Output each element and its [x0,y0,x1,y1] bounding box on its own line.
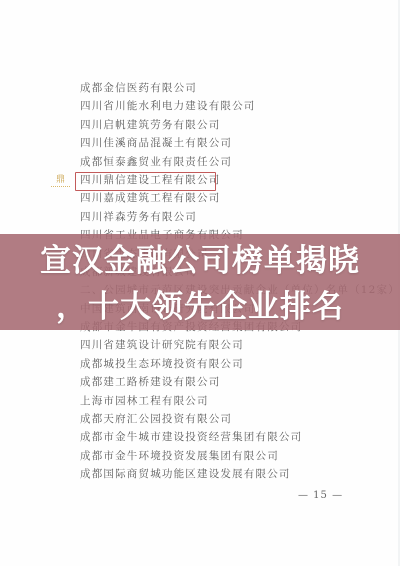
list-item: 成都市金牛城市建设投资经营集团有限公司 [80,428,380,446]
highlighted-list-item: 鼎 四川鼎信建设工程有限公司 [80,171,380,189]
list-item: 四川祥森劳务有限公司 [80,208,380,226]
list-item: 成都城投生态环境投资有限公司 [80,355,380,373]
list-item: 成都市金牛环境投资发展集团有限公司 [80,447,380,465]
list-item: 成都天府汇公园投资有限公司 [80,410,380,428]
page-number: — 15 — [298,490,343,501]
list-item: 成都国际商贸城功能区建设发展有限公司 [80,465,380,483]
highlighted-item-text: 四川鼎信建设工程有限公司 [80,174,220,186]
headline: 宣汉金融公司榜单揭晓 ，十大领先企业排名 [0,234,400,330]
list-item: 成都金信医药有限公司 [80,79,380,97]
list-item: 四川省建筑设计研究院有限公司 [80,336,380,354]
list-item: 四川省川能水利电力建设有限公司 [80,97,380,115]
headline-line-1: 宣汉金融公司榜单揭晓 [0,238,400,284]
list-item: 四川嘉成建筑工程有限公司 [80,189,380,207]
annotation-marker-icon: 鼎 [56,171,65,189]
list-item: 成都恒泰鑫贸业有限责任公司 [80,153,380,171]
list-item: 四川佳溪商品混凝土有限公司 [80,134,380,152]
list-item: 四川启帆建筑劳务有限公司 [80,116,380,134]
list-item: 成都建工路桥建设有限公司 [80,373,380,391]
list-item: 上海市园林工程有限公司 [80,392,380,410]
headline-line-2: ，十大领先企业排名 [0,284,400,330]
